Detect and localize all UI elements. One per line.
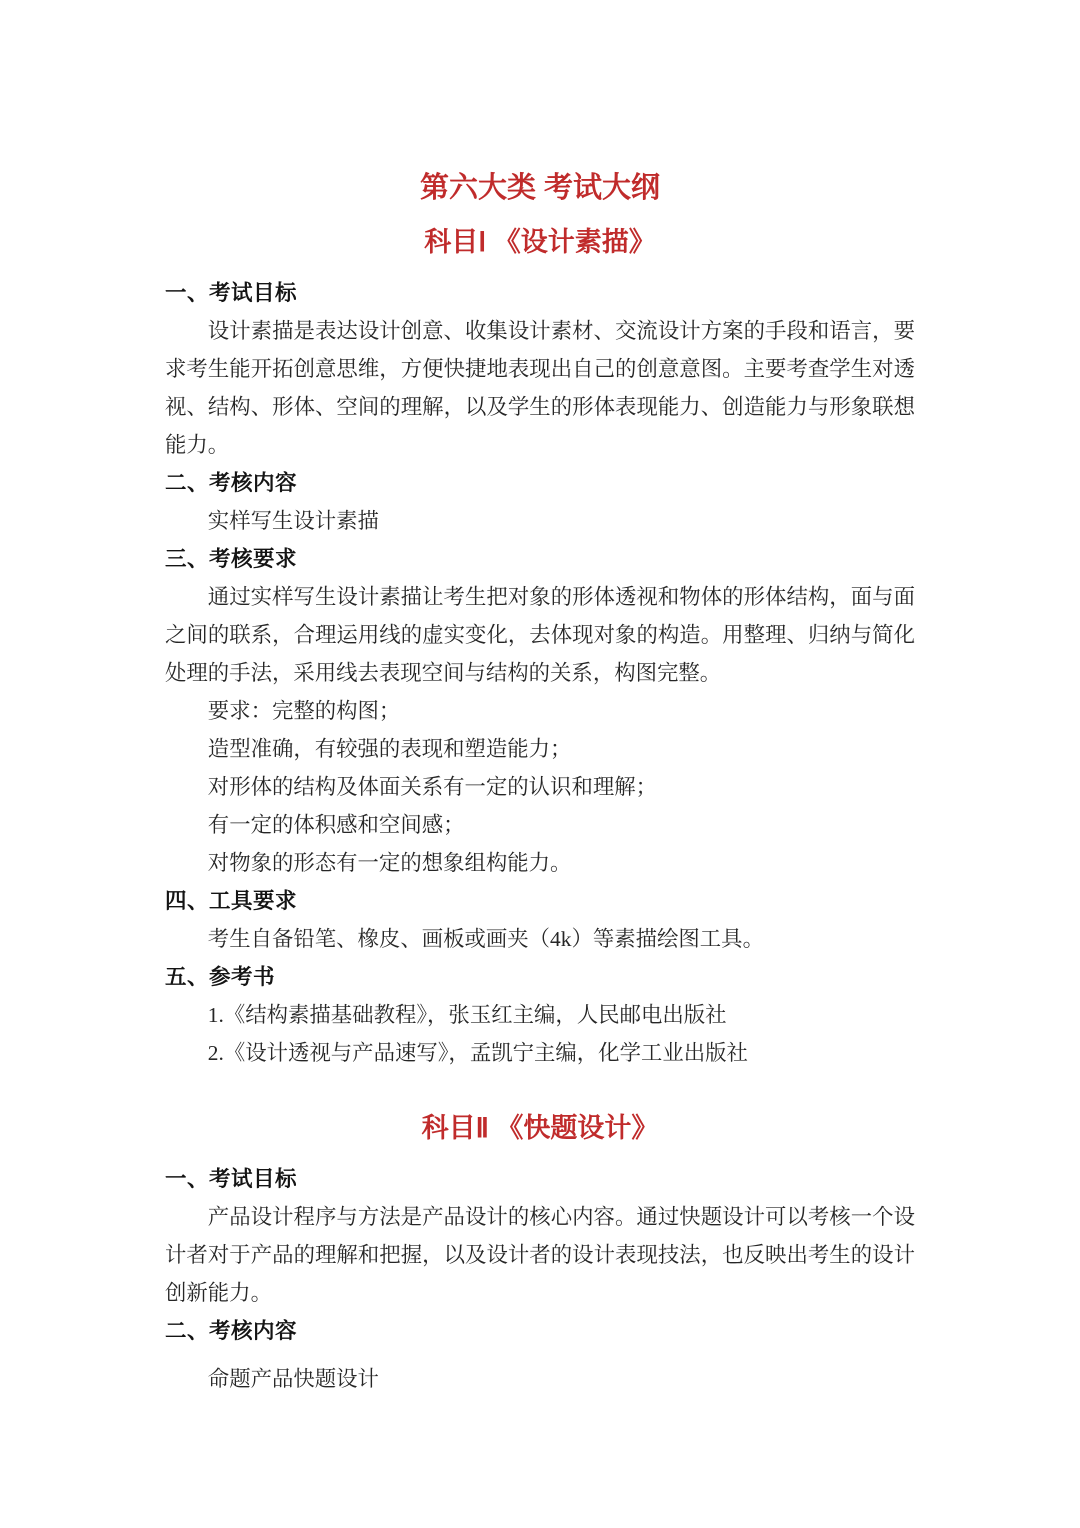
requirement-item: 对形体的结构及体面关系有一定的认识和理解； — [165, 768, 915, 806]
subject2-content: 一、考试目标 产品设计程序与方法是产品设计的核心内容。通过快题设计可以考核一个设… — [165, 1160, 915, 1398]
section-heading-assessment-requirements: 三、考核要求 — [165, 540, 915, 578]
paragraph: 通过实样写生设计素描让考生把对象的形体透视和物体的形体结构，面与面之间的联系，合… — [165, 578, 915, 692]
requirement-item: 要求：完整的构图； — [165, 692, 915, 730]
paragraph: 设计素描是表达设计创意、收集设计素材、交流设计方案的手段和语言，要求考生能开拓创… — [165, 312, 915, 464]
section-heading-tool-requirements: 四、工具要求 — [165, 882, 915, 920]
section-heading-assessment-content: 二、考核内容 — [165, 464, 915, 502]
section-heading-reference-books: 五、参考书 — [165, 958, 915, 996]
requirement-item: 有一定的体积感和空间感； — [165, 806, 915, 844]
document-page: 第六大类 考试大纲 科目Ⅰ 《设计素描》 一、考试目标 设计素描是表达设计创意、… — [0, 0, 1080, 1528]
requirement-item: 造型准确，有较强的表现和塑造能力； — [165, 730, 915, 768]
paragraph: 实样写生设计素描 — [165, 502, 915, 540]
paragraph: 命题产品快题设计 — [165, 1360, 915, 1398]
subject1-content: 一、考试目标 设计素描是表达设计创意、收集设计素材、交流设计方案的手段和语言，要… — [165, 274, 915, 1072]
paragraph: 产品设计程序与方法是产品设计的核心内容。通过快题设计可以考核一个设计者对于产品的… — [165, 1198, 915, 1312]
document-title: 第六大类 考试大纲 — [165, 170, 915, 206]
requirement-item: 对物象的形态有一定的想象组构能力。 — [165, 844, 915, 882]
subject2-title: 科目Ⅱ 《快题设计》 — [165, 1110, 915, 1146]
paragraph: 考生自备铅笔、橡皮、画板或画夹（4k）等素描绘图工具。 — [165, 920, 915, 958]
section-heading-exam-goal: 一、考试目标 — [165, 274, 915, 312]
reference-book-item: 2.《设计透视与产品速写》，孟凯宁主编，化学工业出版社 — [165, 1034, 915, 1072]
section-heading-exam-goal-2: 一、考试目标 — [165, 1160, 915, 1198]
section-heading-assessment-content-2: 二、考核内容 — [165, 1312, 915, 1350]
subject1-title: 科目Ⅰ 《设计素描》 — [165, 224, 915, 260]
reference-book-item: 1.《结构素描基础教程》，张玉红主编，人民邮电出版社 — [165, 996, 915, 1034]
